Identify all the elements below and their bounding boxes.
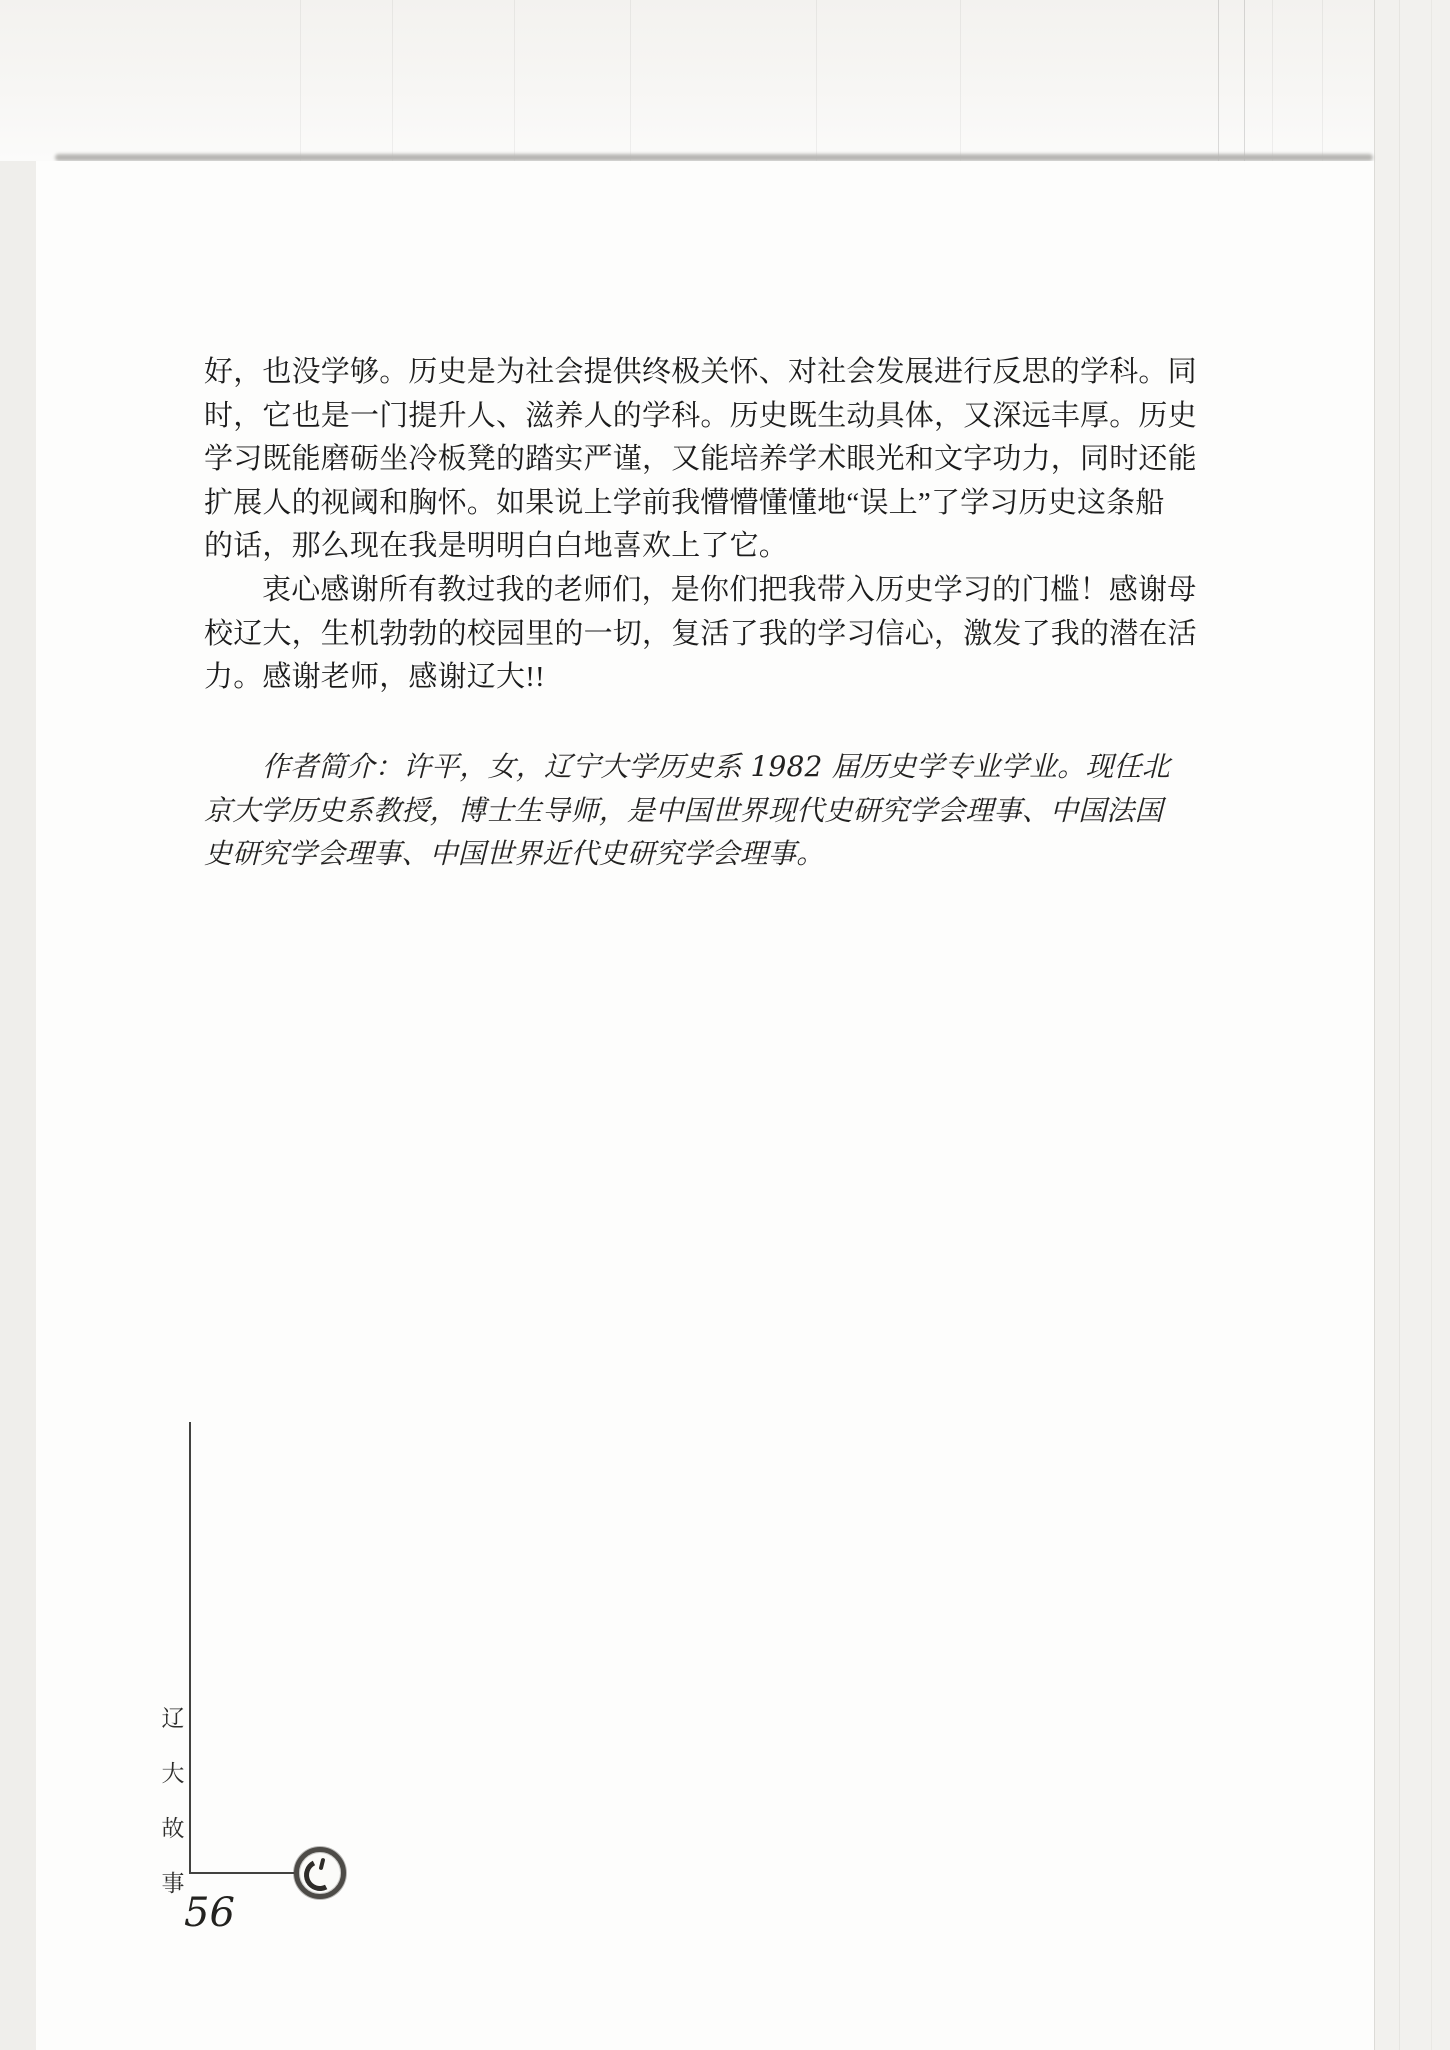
scan-streak xyxy=(960,0,961,161)
paragraph-2: 衷心感谢所有教过我的老师们，是你们把我带入历史学习的门槛！感谢母 校辽大，生机勃… xyxy=(204,569,1197,700)
text-line: 史研究学会理事、中国世界近代史研究学会理事。 xyxy=(204,832,1170,876)
text-line: 好，也没学够。历史是为社会提供终极关怀、对社会发展进行反思的学科。同 xyxy=(204,351,1197,395)
text-line: 扩展人的视阈和胸怀。如果说上学前我懵懵懂懂地“误上”了学习历史这条船 xyxy=(204,482,1197,526)
scan-streak xyxy=(514,0,515,161)
author-bio: 作者简介：许平，女，辽宁大学历史系 1982 届历史学专业学业。现任北 京大学历… xyxy=(204,745,1170,876)
university-seal-icon xyxy=(294,1847,346,1899)
scan-streak xyxy=(1218,0,1219,161)
text-line: 校辽大，生机勃勃的校园里的一切，复活了我的学习信心，激发了我的潜在活 xyxy=(204,613,1197,657)
scanned-page-canvas: 好，也没学够。历史是为社会提供终极关怀、对社会发展进行反思的学科。同 时，它也是… xyxy=(0,0,1450,2050)
page-top-edge-shadow xyxy=(55,154,1373,161)
spine-char: 事 xyxy=(160,1865,186,1898)
scan-streak xyxy=(1431,0,1432,2050)
spine-label: 辽 大 故 事 xyxy=(160,1700,186,1898)
text-line: 京大学历史系教授，博士生导师，是中国世界现代史研究学会理事、中国法国 xyxy=(204,789,1170,833)
text-line: 衷心感谢所有教过我的老师们，是你们把我带入历史学习的门槛！感谢母 xyxy=(204,569,1197,613)
spine-rule-horizontal xyxy=(189,1872,297,1874)
text-line: 力。感谢老师，感谢辽大!! xyxy=(204,656,1197,700)
scan-streak xyxy=(816,0,817,161)
scan-streak xyxy=(1244,0,1245,161)
scan-page-edge xyxy=(1374,0,1375,2050)
spine-char: 大 xyxy=(160,1755,186,1788)
scan-top-band xyxy=(0,0,1450,161)
scan-right-band xyxy=(1374,0,1450,2050)
scan-streak xyxy=(1399,0,1400,2050)
spine-char: 辽 xyxy=(160,1700,186,1733)
scan-streak xyxy=(1322,0,1323,161)
scan-streak xyxy=(392,0,393,161)
text-line: 学习既能磨砺坐冷板凳的踏实严谨，又能培养学术眼光和文字功力，同时还能 xyxy=(204,438,1197,482)
scan-streak xyxy=(300,0,301,161)
text-line: 时，它也是一门提升人、滋养人的学科。历史既生动具体，又深远丰厚。历史 xyxy=(204,395,1197,439)
spine-char: 故 xyxy=(160,1810,186,1843)
page-number: 56 xyxy=(184,1890,235,1936)
paragraph-1: 好，也没学够。历史是为社会提供终极关怀、对社会发展进行反思的学科。同 时，它也是… xyxy=(204,351,1197,569)
scan-streak xyxy=(630,0,631,161)
text-line: 作者简介：许平，女，辽宁大学历史系 1982 届历史学专业学业。现任北 xyxy=(204,745,1170,789)
text-line: 的话，那么现在我是明明白白地喜欢上了它。 xyxy=(204,525,1197,569)
spine-rule-vertical xyxy=(189,1422,191,1874)
scan-streak xyxy=(1272,0,1273,161)
